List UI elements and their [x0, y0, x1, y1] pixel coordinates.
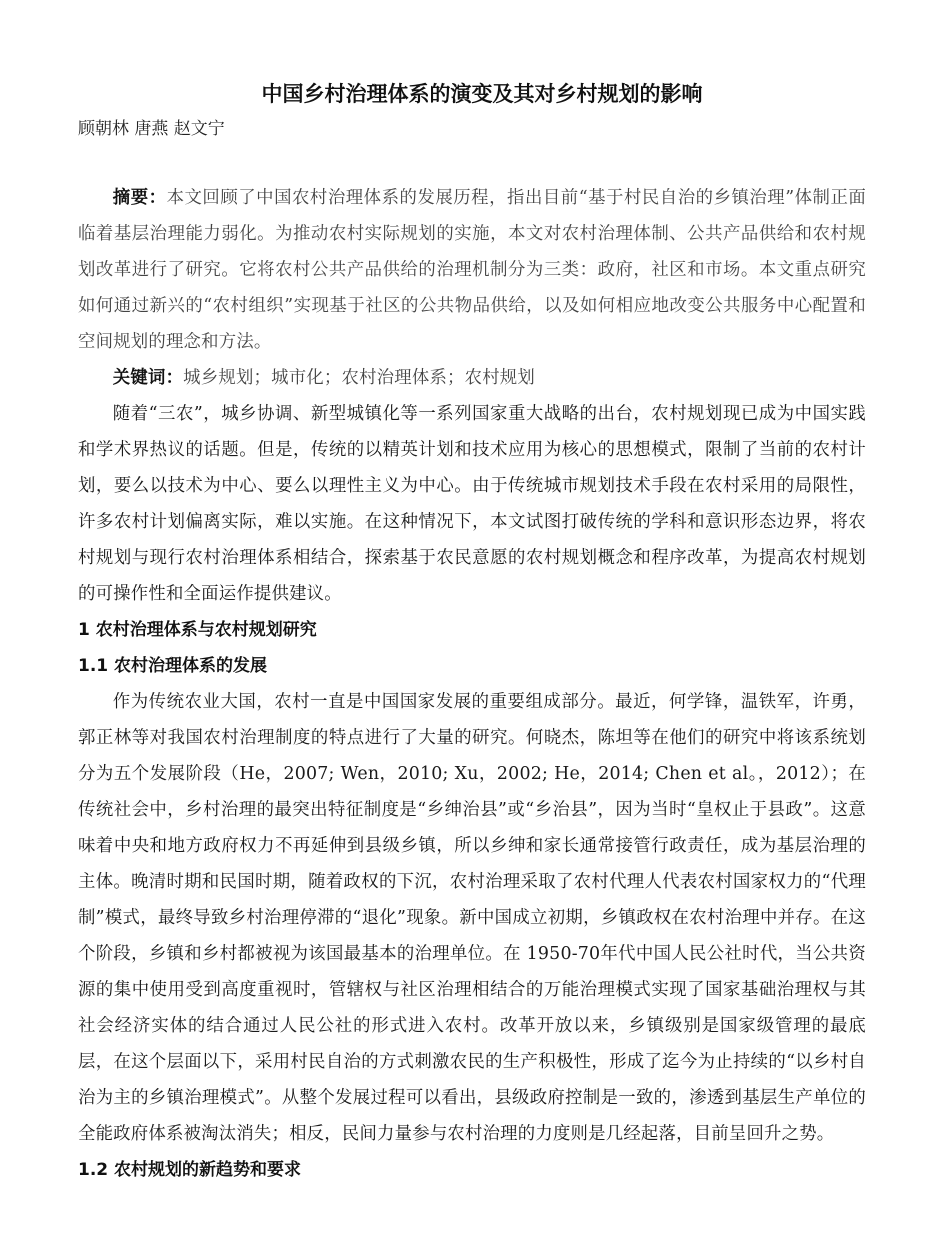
section-1-2-heading: 1.2 农村规划的新趋势和要求	[78, 1152, 866, 1188]
abstract: 摘要：本文回顾了中国农村治理体系的发展历程，指出目前“基于村民自治的乡镇治理”体…	[78, 180, 866, 360]
keywords: 关键词：城乡规划；城市化；农村治理体系；农村规划	[78, 360, 866, 396]
authors: 顾朝林 唐燕 赵文宁	[78, 112, 866, 146]
section-1-1-heading: 1.1 农村治理体系的发展	[78, 648, 866, 684]
keywords-text: 城乡规划；城市化；农村治理体系；农村规划	[183, 368, 535, 388]
document-title: 中国乡村治理体系的演变及其对乡村规划的影响	[78, 76, 866, 112]
document-page: 中国乡村治理体系的演变及其对乡村规划的影响 顾朝林 唐燕 赵文宁 摘要：本文回顾…	[78, 76, 866, 1188]
abstract-text: 本文回顾了中国农村治理体系的发展历程，指出目前“基于村民自治的乡镇治理”体制正面…	[78, 188, 866, 352]
section-1-heading: 1 农村治理体系与农村规划研究	[78, 612, 866, 648]
intro-paragraph: 随着“三农”，城乡协调、新型城镇化等一系列国家重大战略的出台，农村规划现已成为中…	[78, 396, 866, 612]
abstract-label: 摘要：	[113, 188, 167, 208]
section-1-1-paragraph: 作为传统农业大国，农村一直是中国国家发展的重要组成部分。最近，何学锋，温铁军，许…	[78, 684, 866, 1152]
keywords-label: 关键词：	[113, 368, 183, 388]
